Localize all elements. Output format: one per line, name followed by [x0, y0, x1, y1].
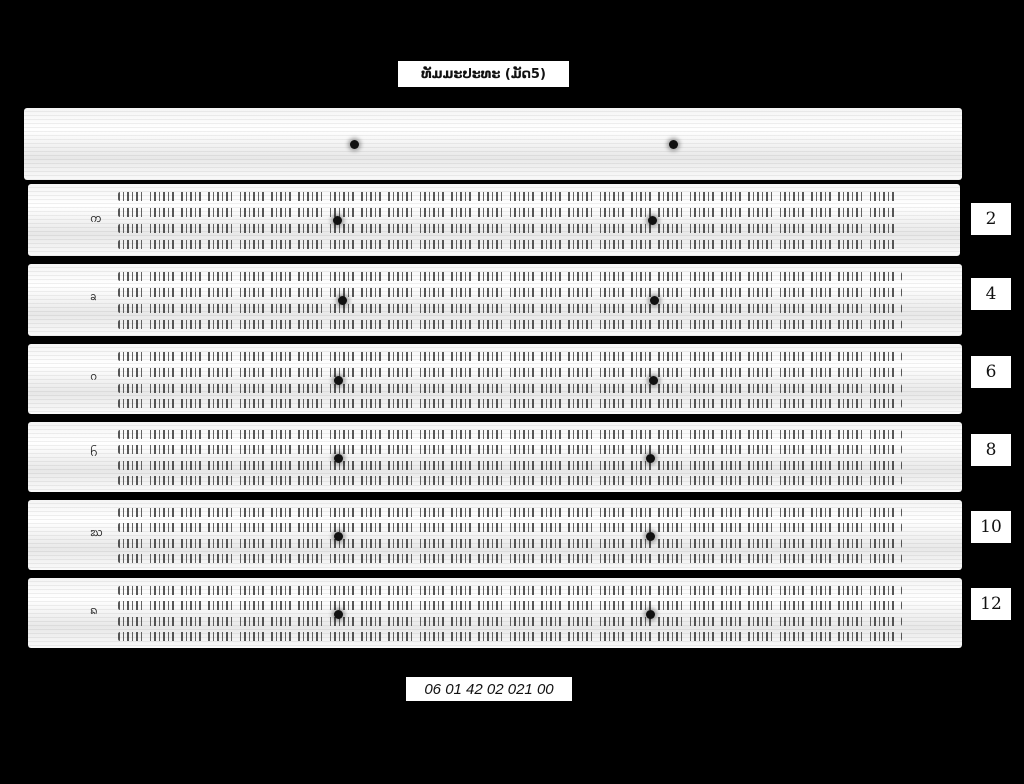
- binding-hole: [646, 532, 655, 541]
- script-line: [118, 586, 902, 595]
- script-line: [118, 617, 902, 626]
- script-line: [118, 476, 902, 485]
- script-line: [118, 192, 900, 201]
- page-number-label: 2: [971, 203, 1011, 235]
- binding-hole: [334, 610, 343, 619]
- binding-hole: [669, 140, 678, 149]
- script-line: [118, 352, 902, 361]
- binding-hole: [646, 454, 655, 463]
- page-number-label: 10: [971, 511, 1011, 543]
- palm-leaf: ᨥ: [28, 500, 962, 570]
- binding-hole: [334, 532, 343, 541]
- leaf-margin-mark: ᨦ: [90, 602, 98, 620]
- binding-hole: [334, 454, 343, 463]
- script-line: [118, 399, 902, 408]
- binding-hole: [334, 376, 343, 385]
- palm-leaf: ᨤ: [28, 422, 962, 492]
- leaf-margin-mark: ᨠ: [90, 210, 102, 228]
- palm-leaf: ᨣ: [28, 344, 962, 414]
- script-line: [118, 384, 902, 393]
- palm-leaf: ᨠ: [28, 184, 960, 256]
- binding-hole: [333, 216, 342, 225]
- palm-leaf: ᨡ: [28, 264, 962, 336]
- palm-leaf-cover: [24, 108, 962, 180]
- script-line: [118, 539, 902, 548]
- script-line: [118, 508, 902, 517]
- leaf-margin-mark: ᨡ: [90, 288, 97, 306]
- script-line: [118, 224, 900, 233]
- script-line: [118, 554, 902, 563]
- page-number-label: 12: [971, 588, 1011, 620]
- script-line: [118, 523, 902, 532]
- script-line: [118, 461, 902, 470]
- leaf-margin-mark: ᨤ: [90, 444, 98, 462]
- script-line: [118, 208, 900, 217]
- script-line: [118, 368, 902, 377]
- page-number-label: 4: [971, 278, 1011, 310]
- binding-hole: [338, 296, 347, 305]
- page-number-label: 8: [971, 434, 1011, 466]
- binding-hole: [350, 140, 359, 149]
- binding-hole: [646, 610, 655, 619]
- script-line: [118, 272, 902, 281]
- manuscript-title-label: ທັມມະປະທະ (ມັດ5): [398, 61, 569, 87]
- script-line: [118, 304, 902, 313]
- script-line: [118, 601, 902, 610]
- palm-leaf: ᨦ: [28, 578, 962, 648]
- script-line: [118, 445, 902, 454]
- script-line: [118, 288, 902, 297]
- leaf-margin-mark: ᨥ: [90, 524, 103, 542]
- binding-hole: [649, 376, 658, 385]
- script-line: [118, 240, 900, 249]
- page-number-label: 6: [971, 356, 1011, 388]
- script-line: [118, 430, 902, 439]
- binding-hole: [650, 296, 659, 305]
- binding-hole: [648, 216, 657, 225]
- script-line: [118, 632, 902, 641]
- leaf-margin-mark: ᨣ: [90, 368, 97, 386]
- catalog-code-label: 06 01 42 02 021 00: [406, 677, 572, 701]
- script-line: [118, 320, 902, 329]
